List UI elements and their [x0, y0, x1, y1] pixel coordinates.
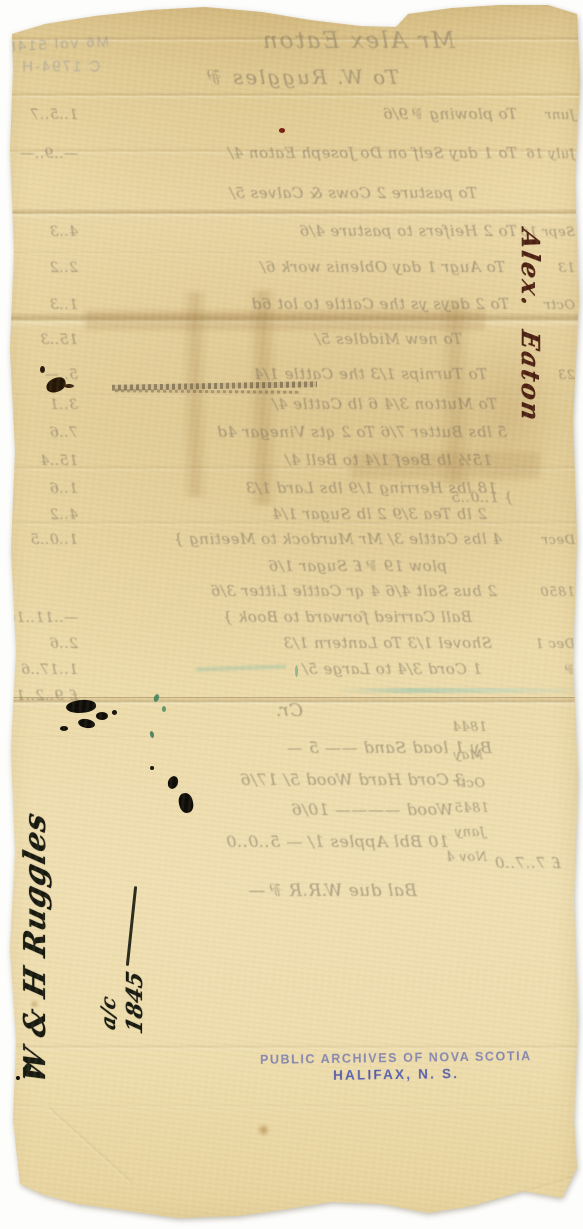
ghost-description: 5 lbs Butter 7/6 To 2 qts Vinegar 4d — [78, 423, 517, 441]
ghost-amount: 15..3 — [12, 332, 78, 348]
ink-speck — [40, 366, 45, 373]
ghost-amount: 5..— — [12, 367, 78, 383]
ghost-archive-number-line2: C 1794-H — [7, 56, 101, 78]
ghost-header-name: Mr Alex Eaton — [261, 28, 455, 54]
ghost-header-debtor: To W. Ruggles ⅌ — [208, 63, 399, 90]
ghost-amount: 1..3 — [12, 297, 78, 313]
ghost-description: 15½ lb Beef 1/4 to Bell 4/ — [78, 451, 517, 469]
ghost-amount: 4..3 — [12, 224, 78, 240]
ghost-ledger-row: 5 lbs Butter 7/6 To 2 qts Vinegar 4d 7..… — [12, 423, 575, 441]
ghost-ledger-row: 1850 2 bus Salt 4/6 4 qr Cattle Litter 3… — [12, 582, 575, 600]
ghost-margin-note: 1845 — [454, 801, 489, 816]
ghost-ledger-row: July 16 To 1 day Self on Do Joseph Eaton… — [12, 144, 575, 162]
ghost-ledger-row: Junr To plowing ⅌ 9/6 1..5..7 — [12, 104, 575, 124]
ghost-amount: £ 9..2..1 — [12, 688, 78, 704]
ghost-margin-note: May — [453, 748, 483, 763]
ghost-date: 1850 — [517, 585, 575, 600]
ghost-amount: 1..0..5 — [12, 532, 78, 548]
ghost-credit-row: Wood ———— 10/6 — [291, 800, 453, 819]
ghost-ledger-row: Sepr 16 To 2 Heifers to pasture 4/6 4..3 — [12, 222, 575, 240]
document-paper: Mr Alex Eaton To W. Ruggles ⅌ Junr To pl… — [0, 0, 583, 1229]
ghost-amount: 1..5..7 — [12, 107, 78, 123]
ghost-description: To 2 days ys the Cattle to lot 6d — [78, 295, 517, 313]
ghost-description: To Augr 1 day Oblenis work 6/ — [78, 258, 517, 276]
ghost-margin-text: 1845 — [454, 801, 489, 816]
ghost-margin-text: £ 7..7..0 — [494, 854, 561, 872]
ghost-ledger-row: 23 To Turnips 1/3 the Cattle 1/4 5..— — [12, 365, 575, 383]
ghost-amount: 2..6 — [12, 636, 78, 652]
ghost-margin-note: £ 7..7..0 — [494, 854, 561, 872]
ghost-margin-text: Nov 4 — [446, 850, 487, 865]
ghost-ledger-row: 15½ lb Beef 1/4 to Bell 4/ 15..4 — [12, 451, 575, 469]
ghost-ledger-row: ⅌ 1 Cord 3/4 to Large 5/ 1..17..6 — [12, 660, 575, 678]
ghost-margin-text: 1844 — [452, 720, 487, 735]
ghost-date: Junr — [517, 108, 575, 123]
ghost-ledger-row: To pasture 2 Cows & Calves 5/ — [12, 184, 575, 202]
account-abbrev-inscription: a/c — [96, 994, 120, 1032]
ghost-margin-note: Cr. — [275, 700, 303, 721]
ghost-description: To 2 Heifers to pasture 4/6 — [78, 222, 517, 240]
ghost-amount: 4..2 — [12, 507, 78, 523]
ghost-amount: 1..17..6 — [12, 662, 78, 678]
ghost-ledger-row: 13 To Augr 1 day Oblenis work 6/ 2..2 — [12, 258, 575, 276]
ghost-margin-note: Octr — [454, 776, 485, 791]
ghost-date: ⅌ — [517, 660, 575, 678]
signature-inscription: W & H Ruggles — [18, 808, 53, 1086]
ghost-description: To 1 day Self on Do Joseph Eaton 4/ — [78, 144, 517, 162]
ghost-ledger-row: Ball Carried forward to Book } —..11..10 — [12, 608, 575, 626]
ink-speck — [279, 128, 285, 133]
ghost-credit-text: Wood ———— 10/6 — [291, 800, 453, 819]
ghost-margin-text: Octr — [454, 776, 485, 791]
ghost-margin-text: } 1..0..5 — [451, 490, 513, 506]
ghost-date: Decr — [517, 533, 575, 548]
ghost-ledger-row: 2 lb Tea 3/9 2 lb Sugar 1/4 4..2 — [12, 505, 575, 523]
ghost-credit-row: 10 Bbl Apples 1/ — 5..0..0 — [226, 832, 449, 851]
ghost-description: Ball Carried forward to Book } — [78, 608, 517, 626]
ghost-description: To new Middles 5/ — [78, 330, 517, 348]
ghost-amount: 1..6 — [12, 481, 78, 497]
ghost-credit-text: Bal due W.R.R ⅌ — — [248, 881, 417, 901]
ghost-ledger-row: To Mutton 3/4 6 lb Cattle 4/ 3..1 — [12, 395, 575, 413]
ghost-description: To Turnips 1/3 the Cattle 1/4 — [78, 365, 517, 383]
document-scan: Mr Alex Eaton To W. Ruggles ⅌ Junr To pl… — [0, 0, 583, 1229]
vertical-name-inscription: Alex. Eaton — [516, 227, 545, 425]
ink-blot — [96, 712, 108, 720]
ghost-margin-text: Cr. — [275, 700, 303, 721]
ghost-description: 4 lbs Cattle 3/ Mr Murdock to Meeting } — [78, 530, 517, 548]
ghost-ledger-row: plow 19 ⅌ £ Sugar 1/6 — [12, 556, 575, 576]
ghost-margin-note: Jany — [454, 825, 485, 840]
ghost-description: To plowing ⅌ 9/6 — [78, 104, 517, 124]
ghost-margin-text: Jany — [454, 825, 485, 840]
ink-speck — [60, 726, 68, 731]
ghost-description: To Mutton 3/4 6 lb Cattle 4/ — [78, 395, 517, 413]
ghost-ledger-row: Dec 1 Shovel 1/3 To Lantern 1/3 2..6 — [12, 634, 575, 652]
archives-stamp-line1: PUBLIC ARCHIVES OF NOVA SCOTIA — [256, 1049, 536, 1067]
ghost-archive-number: M6 vol 5148 C 1794-H — [5, 31, 111, 80]
ink-speck — [2, 955, 8, 961]
archives-stamp: PUBLIC ARCHIVES OF NOVA SCOTIA HALIFAX, … — [256, 1049, 536, 1084]
ghost-ledger-row: To new Middles 5/ 15..3 — [12, 330, 575, 348]
ghost-amount: 2..2 — [12, 260, 78, 276]
ghost-margin-note: } 1..0..5 — [451, 490, 513, 506]
ghost-credit-row: Bal due W.R.R ⅌ — — [248, 878, 417, 901]
ghost-archive-number-line1: M6 vol 5148 — [5, 31, 110, 58]
ghost-credit-text: 3 Cord Hard Wood 5/ 17/6 — [240, 770, 465, 789]
ghost-margin-note: 1844 — [452, 720, 487, 735]
ghost-date: July 16 — [517, 147, 575, 162]
ghost-description: Shovel 1/3 To Lantern 1/3 — [78, 634, 517, 652]
ghost-amount: 15..4 — [12, 453, 78, 469]
ghost-margin-note: Nov 4 — [446, 850, 487, 865]
ghost-amount: 3..1 — [12, 397, 78, 413]
ghost-amount: 7..6 — [12, 425, 78, 441]
ghost-description: To pasture 2 Cows & Calves 5/ — [78, 184, 517, 202]
ghost-ledger-row: Decr 4 lbs Cattle 3/ Mr Murdock to Meeti… — [12, 530, 575, 548]
ghost-credit-row: 3 Cord Hard Wood 5/ 17/6 — [240, 770, 465, 789]
bleedthrough-layer: Mr Alex Eaton To W. Ruggles ⅌ Junr To pl… — [12, 0, 575, 1229]
ink-blot — [64, 384, 74, 388]
green-ink-speck — [162, 706, 166, 712]
ghost-description: 2 lb Tea 3/9 2 lb Sugar 1/4 — [78, 505, 517, 523]
ghost-ledger-row: Octr To 2 days ys the Cattle to lot 6d 1… — [12, 295, 575, 313]
ink-speck — [112, 710, 117, 715]
ghost-amount: —..9..— — [12, 146, 78, 162]
account-year-inscription: 1845 — [122, 969, 148, 1037]
ghost-description: 2 bus Salt 4/6 4 qr Cattle Litter 3/6 — [78, 582, 517, 600]
ghost-description: plow 19 ⅌ £ Sugar 1/6 — [78, 556, 517, 576]
ghost-margin-text: May — [453, 748, 483, 763]
ink-speck — [150, 766, 154, 770]
ghost-date: Dec 1 — [517, 637, 575, 652]
green-ink-speck — [295, 665, 298, 677]
ghost-amount: —..11..10 — [12, 610, 78, 626]
ghost-credit-text: 10 Bbl Apples 1/ — 5..0..0 — [226, 832, 449, 851]
